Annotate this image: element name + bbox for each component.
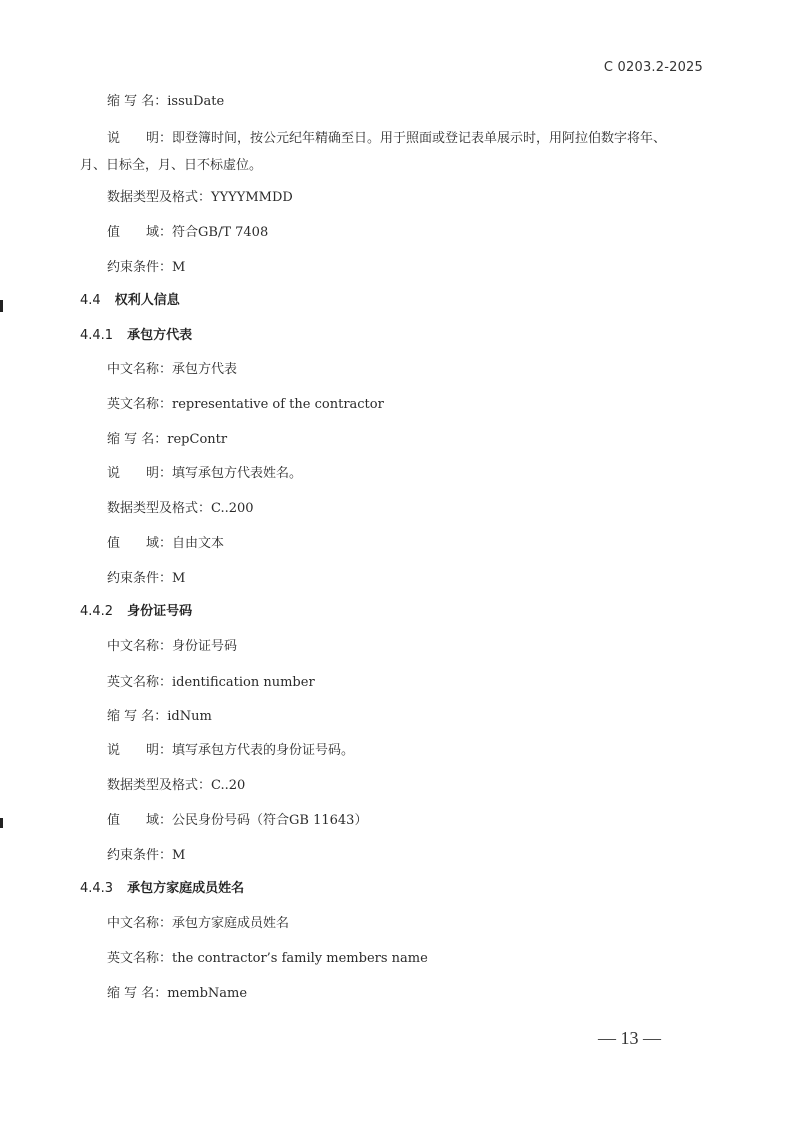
section-heading: 4.4权利人信息 xyxy=(80,292,180,310)
section-title: 身份证号码 xyxy=(127,604,192,619)
field-label: 数据类型及格式： xyxy=(107,778,211,793)
field-value: 填写承包方代表姓名。 xyxy=(172,466,302,481)
field-label: 缩 写 名： xyxy=(107,709,167,724)
field-label: 英文名称： xyxy=(107,951,172,966)
field-row: 中文名称：承包方家庭成员姓名 xyxy=(107,915,289,933)
field-value: idNum xyxy=(167,709,212,724)
field-value: the contractor’s family members name xyxy=(172,951,428,966)
field-row: 约束条件：M xyxy=(107,259,185,277)
section-heading: 4.4.2身份证号码 xyxy=(80,603,192,621)
field-row: 英文名称：representative of the contractor xyxy=(107,396,384,414)
field-row: 英文名称：the contractor’s family members nam… xyxy=(107,950,428,968)
field-value: C..200 xyxy=(211,501,254,516)
section-title: 承包方家庭成员姓名 xyxy=(127,881,244,896)
field-value: membName xyxy=(167,986,247,1001)
field-label: 缩 写 名： xyxy=(107,432,167,447)
standard-code: C 0203.2-2025 xyxy=(604,60,703,75)
field-row: 说 明：即登簿时间，按公元纪年精确至日。用于照面或登记表单展示时，用阿拉伯数字将… xyxy=(107,130,666,148)
section-title: 承包方代表 xyxy=(127,328,192,343)
section-number: 4.4 xyxy=(80,293,101,308)
scan-margin-mark xyxy=(0,300,3,312)
field-value: YYYYMMDD xyxy=(211,190,293,205)
field-row: 说 明：填写承包方代表的身份证号码。 xyxy=(107,742,354,760)
field-label: 说 明： xyxy=(107,131,172,146)
field-value: representative of the contractor xyxy=(172,397,384,412)
section-number: 4.4.3 xyxy=(80,881,113,896)
field-row: 缩 写 名：repContr xyxy=(107,431,227,449)
field-value: issuDate xyxy=(167,94,224,109)
field-label: 中文名称： xyxy=(107,639,172,654)
field-label: 数据类型及格式： xyxy=(107,501,211,516)
field-row: 中文名称：身份证号码 xyxy=(107,638,237,656)
field-label: 缩 写 名： xyxy=(107,986,167,1001)
field-label: 说 明： xyxy=(107,743,172,758)
field-row: 值 域：自由文本 xyxy=(107,535,224,553)
field-label: 值 域： xyxy=(107,225,172,240)
field-value: 自由文本 xyxy=(172,536,224,551)
field-value: M xyxy=(172,571,185,586)
section-heading: 4.4.3承包方家庭成员姓名 xyxy=(80,880,244,898)
field-label: 数据类型及格式： xyxy=(107,190,211,205)
field-row: 缩 写 名：issuDate xyxy=(107,93,224,111)
field-row: 数据类型及格式：C..20 xyxy=(107,777,245,795)
field-row: 约束条件：M xyxy=(107,847,185,865)
field-row: 值 域：符合GB/T 7408 xyxy=(107,224,268,242)
field-label: 英文名称： xyxy=(107,675,172,690)
field-label: 中文名称： xyxy=(107,916,172,931)
field-value: 即登簿时间，按公元纪年精确至日。用于照面或登记表单展示时，用阿拉伯数字将年、 xyxy=(172,131,666,146)
field-value: 符合GB/T 7408 xyxy=(172,225,268,240)
field-label: 中文名称： xyxy=(107,362,172,377)
field-row: 英文名称：identification number xyxy=(107,674,315,692)
field-row: 值 域：公民身份号码（符合GB 11643） xyxy=(107,812,367,830)
field-row: 说 明：填写承包方代表姓名。 xyxy=(107,465,302,483)
section-number: 4.4.2 xyxy=(80,604,113,619)
field-continuation: 月、日标全，月、日不标虚位。 xyxy=(80,157,262,175)
field-row: 数据类型及格式：C..200 xyxy=(107,500,254,518)
field-row: 数据类型及格式：YYYYMMDD xyxy=(107,189,293,207)
field-value: identification number xyxy=(172,675,315,690)
field-value: 月、日标全，月、日不标虚位。 xyxy=(80,158,262,173)
field-label: 英文名称： xyxy=(107,397,172,412)
field-label: 值 域： xyxy=(107,536,172,551)
field-value: M xyxy=(172,260,185,275)
field-value: 填写承包方代表的身份证号码。 xyxy=(172,743,354,758)
field-value: C..20 xyxy=(211,778,245,793)
scan-margin-mark xyxy=(0,818,3,828)
field-value: 公民身份号码（符合GB 11643） xyxy=(172,813,367,828)
field-label: 说 明： xyxy=(107,466,172,481)
field-value: 承包方代表 xyxy=(172,362,237,377)
field-row: 缩 写 名：idNum xyxy=(107,708,212,726)
section-title: 权利人信息 xyxy=(115,293,180,308)
field-row: 约束条件：M xyxy=(107,570,185,588)
page-number: — 13 — xyxy=(598,1028,661,1049)
field-value: 身份证号码 xyxy=(172,639,237,654)
field-label: 值 域： xyxy=(107,813,172,828)
section-number: 4.4.1 xyxy=(80,328,113,343)
field-label: 约束条件： xyxy=(107,260,172,275)
field-label: 缩 写 名： xyxy=(107,94,167,109)
field-row: 中文名称：承包方代表 xyxy=(107,361,237,379)
section-heading: 4.4.1承包方代表 xyxy=(80,327,192,345)
field-value: repContr xyxy=(167,432,227,447)
field-value: 承包方家庭成员姓名 xyxy=(172,916,289,931)
field-label: 约束条件： xyxy=(107,571,172,586)
field-value: M xyxy=(172,848,185,863)
field-row: 缩 写 名：membName xyxy=(107,985,247,1003)
field-label: 约束条件： xyxy=(107,848,172,863)
